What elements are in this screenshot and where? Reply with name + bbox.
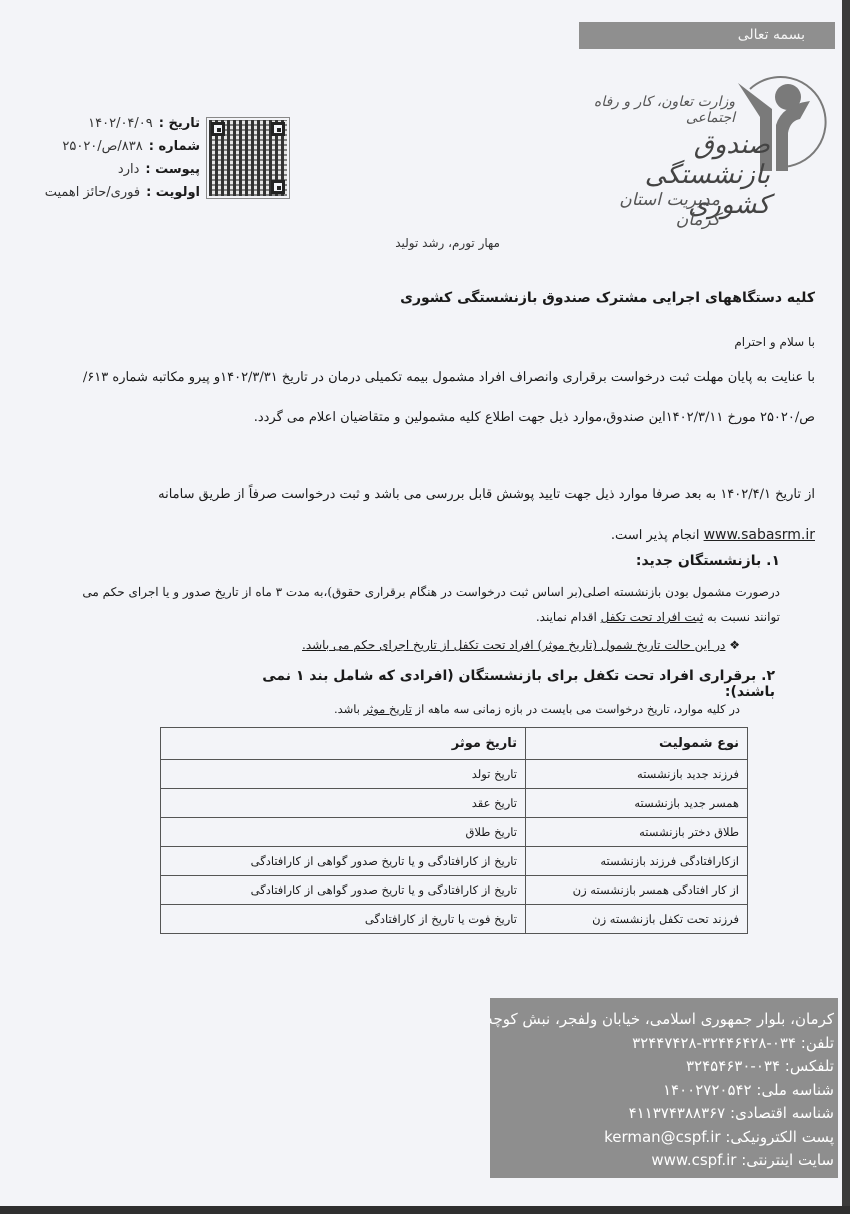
bullet-text: در این حالت تاریخ شمول (تاریخ موثر) افرا… [302, 638, 725, 652]
section-1-bullet: ❖ در این حالت تاریخ شمول (تاریخ موثر) اف… [260, 638, 740, 652]
diamond-bullet-icon: ❖ [729, 638, 740, 652]
section-title: بازنشستگان جدید: [636, 553, 761, 569]
email-link[interactable]: kerman@cspf.ir [604, 1128, 720, 1146]
note-text: در کلیه موارد، تاریخ درخواست می بایست در… [412, 702, 740, 716]
section-1-heading: ۱. بازنشستگان جدید: [560, 553, 780, 569]
table-row: ازکارافتادگی فرزند بازنشسته تاریخ از کار… [161, 847, 748, 876]
website-label: سایت اینترنتی: [741, 1151, 834, 1169]
footer-address: کرمان، بلوار جمهوری اسلامی، خیابان ولفجر… [490, 1008, 834, 1032]
date-label: تاریخ : [159, 112, 200, 135]
eligibility-table: نوع شمولیت تاریخ موثر فرزند جدید بازنشست… [160, 727, 748, 934]
economic-id-label: شناسه اقتصادی: [730, 1104, 834, 1122]
table-row: از کار افتادگی همسر بازنشسته زن تاریخ از… [161, 876, 748, 905]
meta-number: شماره : ۸۳۸/ص/۲۵۰۲۰ [30, 135, 200, 158]
qr-finder-icon [211, 122, 225, 136]
header-effective-date: تاریخ موثر [161, 728, 526, 760]
footer-economic-id: شناسه اقتصادی: ۴۱۱۳۷۴۳۸۸۳۶۷ [490, 1102, 834, 1126]
header-coverage-type: نوع شمولیت [526, 728, 748, 760]
section-title: برقراری افراد تحت تکفل برای بازنشستگان (… [262, 668, 775, 700]
date-value: ۱۴۰۲/۰۴/۰۹ [88, 112, 153, 135]
qr-finder-icon [271, 122, 285, 136]
effective-date-cell: تاریخ از کارافتادگی و یا تاریخ صدور گواه… [161, 876, 526, 905]
note-text: باشد. [334, 702, 364, 716]
section-2-note: در کلیه موارد، تاریخ درخواست می بایست در… [300, 702, 740, 716]
section-2-heading: ۲. برقراری افراد تحت تکفل برای بازنشستگا… [255, 668, 775, 700]
underlined-text: ثبت افراد تحت تکفل [601, 610, 704, 624]
section-number: ۱. [766, 553, 780, 569]
effective-date-cell: تاریخ تولد [161, 760, 526, 789]
phone-label: تلفن: [801, 1034, 834, 1052]
number-label: شماره : [149, 135, 200, 158]
website-link[interactable]: www.cspf.ir [651, 1151, 736, 1169]
effective-date-cell: تاریخ فوت یا تاریخ از کارافتادگی [161, 905, 526, 934]
table-row: طلاق دختر بازنشسته تاریخ طلاق [161, 818, 748, 847]
coverage-type-cell: طلاق دختر بازنشسته [526, 818, 748, 847]
footer-fax: تلفکس: ۰۳۴-۳۲۴۵۴۶۳۰ [490, 1055, 834, 1079]
footer-email: پست الکترونیکی: kerman@cspf.ir [490, 1126, 834, 1150]
fax-label: تلفکس: [785, 1057, 834, 1075]
coverage-type-cell: فرزند جدید بازنشسته [526, 760, 748, 789]
footer-phone: تلفن: ۰۳۴-۳۲۴۴۶۴۲۸-۳۲۴۴۷۴۲۸ [490, 1032, 834, 1056]
attachment-label: پیوست : [145, 158, 200, 181]
table-row: همسر جدید بازنشسته تاریخ عقد [161, 789, 748, 818]
priority-value: فوری/حائز اهمیت [45, 181, 140, 204]
meta-priority: اولویت : فوری/حائز اهمیت [30, 181, 200, 204]
coverage-type-cell: فرزند تحت تکفل بازنشسته زن [526, 905, 748, 934]
underlined-text: تاریخ موثر [364, 702, 412, 716]
effective-date-cell: تاریخ از کارافتادگی و یا تاریخ صدور گواه… [161, 847, 526, 876]
section-1-body: درصورت مشمول بودن بازنشسته اصلی(بر اساس … [60, 580, 780, 630]
phone-value: ۰۳۴-۳۲۴۴۶۴۲۸-۳۲۴۴۷۴۲۸ [632, 1034, 796, 1052]
table-row: فرزند جدید بازنشسته تاریخ تولد [161, 760, 748, 789]
scan-edge-right [842, 0, 850, 1214]
scan-edge-bottom [0, 1206, 850, 1214]
addressee: کلیه دستگاههای اجرایی مشترک صندوق بازنشس… [395, 290, 815, 306]
paragraph-text: انجام پذیر است. [611, 528, 704, 543]
national-id-value: ۱۴۰۰۲۷۲۰۵۴۲ [663, 1081, 752, 1099]
qr-finder-icon [271, 180, 285, 194]
meta-attachment: پیوست : دارد [30, 158, 200, 181]
greeting: با سلام و احترام [580, 335, 815, 349]
paragraph-text: از تاریخ ۱۴۰۲/۴/۱ به بعد صرفا موارد ذیل … [158, 487, 815, 502]
meta-date: تاریخ : ۱۴۰۲/۰۴/۰۹ [30, 112, 200, 135]
letter-meta: تاریخ : ۱۴۰۲/۰۴/۰۹ شماره : ۸۳۸/ص/۲۵۰۲۰ پ… [30, 112, 200, 204]
coverage-type-cell: ازکارافتادگی فرزند بازنشسته [526, 847, 748, 876]
sabasrm-link[interactable]: www.sabasrm.ir [704, 527, 815, 543]
year-slogan: مهار تورم، رشد تولید [340, 236, 500, 250]
effective-date-cell: تاریخ طلاق [161, 818, 526, 847]
number-value: ۸۳۸/ص/۲۵۰۲۰ [62, 135, 142, 158]
header-banner: بسمه تعالی [579, 22, 835, 49]
national-id-label: شناسه ملی: [756, 1081, 834, 1099]
paragraph-registration: از تاریخ ۱۴۰۲/۴/۱ به بعد صرفا موارد ذیل … [65, 475, 815, 556]
section-number: ۲. [761, 668, 775, 684]
economic-id-value: ۴۱۱۳۷۴۳۸۸۳۶۷ [629, 1104, 726, 1122]
ministry-name: وزارت تعاون، کار و رفاه اجتماعی [555, 94, 735, 126]
attachment-value: دارد [118, 158, 139, 181]
effective-date-cell: تاریخ عقد [161, 789, 526, 818]
province-office: مدیریت استان کرمان [600, 190, 720, 230]
coverage-type-cell: از کار افتادگی همسر بازنشسته زن [526, 876, 748, 905]
coverage-type-cell: همسر جدید بازنشسته [526, 789, 748, 818]
qr-code-icon [207, 118, 289, 198]
contact-footer: کرمان، بلوار جمهوری اسلامی، خیابان ولفجر… [490, 998, 838, 1178]
section-text: اقدام نمایند. [536, 610, 601, 624]
priority-label: اولویت : [146, 181, 200, 204]
footer-national-id: شناسه ملی: ۱۴۰۰۲۷۲۰۵۴۲ [490, 1079, 834, 1103]
fax-value: ۰۳۴-۳۲۴۵۴۶۳۰ [686, 1057, 780, 1075]
letter-page: بسمه تعالی وزارت تعاون، کار و رفاه اجتما… [0, 0, 842, 1206]
paragraph-intro: با عنایت به پایان مهلت ثبت درخواست برقرا… [65, 358, 815, 438]
email-label: پست الکترونیکی: [725, 1128, 834, 1146]
table-header-row: نوع شمولیت تاریخ موثر [161, 728, 748, 760]
table-row: فرزند تحت تکفل بازنشسته زن تاریخ فوت یا … [161, 905, 748, 934]
footer-website: سایت اینترنتی: www.cspf.ir [490, 1149, 834, 1173]
